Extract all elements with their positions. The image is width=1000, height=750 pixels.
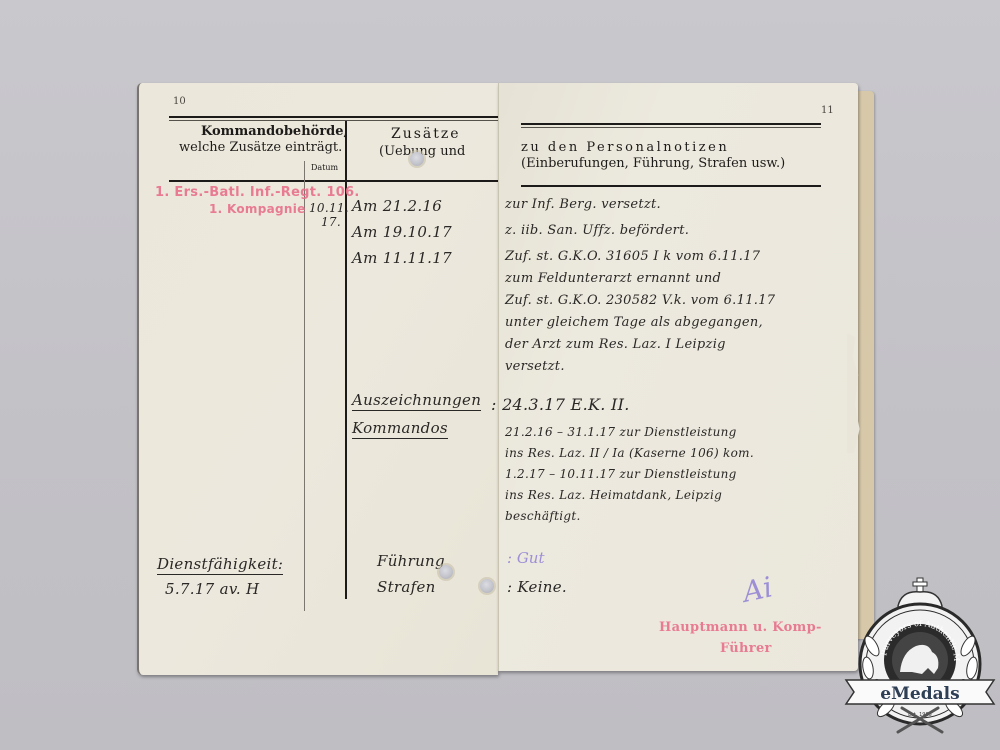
- note-line-7: der Arzt zum Res. Laz. I Leipzig: [505, 337, 726, 352]
- label-conduct: Führung: [377, 552, 445, 570]
- note-line-4: zum Feldunterarzt ernannt und: [505, 271, 721, 286]
- medal-emblem-icon: Purveyors of Authentic Militaria eMedals…: [842, 576, 998, 736]
- officer-stamp-line2: Führer: [720, 641, 772, 656]
- note-line-3: Zuf. st. G.K.O. 31605 I k vom 6.11.17: [505, 249, 760, 264]
- punch-hole: [480, 579, 494, 593]
- entry-date-2: Am 19.10.17: [352, 223, 452, 241]
- entry-date-3: Am 11.11.17: [352, 249, 452, 267]
- note-line-1: zur Inf. Berg. versetzt.: [505, 197, 661, 212]
- note-line-6: unter gleichem Tage als abgegangen,: [505, 315, 763, 330]
- note-line-5: Zuf. st. G.K.O. 230582 V.k. vom 6.11.17: [505, 293, 775, 308]
- command-line-1: 21.2.16 – 31.1.17 zur Dienstleistung: [505, 425, 737, 439]
- header-additions-title: Zusätze: [391, 127, 461, 142]
- right-header-line1: zu den Personalnotizen: [521, 141, 729, 155]
- page-number-right: 11: [821, 105, 834, 116]
- punch-hole: [439, 565, 453, 579]
- note-line-8: versetzt.: [505, 359, 565, 374]
- header-bottom-rule: [169, 180, 501, 182]
- command-line-4: ins Res. Laz. Heimatdank, Leipzig: [505, 488, 722, 502]
- date-column-divider: [304, 161, 305, 611]
- officer-signature: Ai: [740, 570, 775, 608]
- svg-text:eMedals: eMedals: [880, 684, 959, 704]
- right-header-line2: (Einberufungen, Führung, Strafen usw.): [521, 157, 785, 171]
- command-line-5: beschäftigt.: [505, 509, 581, 523]
- awards-value: : 24.3.17 E.K. II.: [491, 395, 630, 414]
- punishments-value: : Keine.: [507, 578, 567, 596]
- page-number-left: 10: [173, 96, 186, 107]
- command-line-3: 1.2.17 – 10.11.17 zur Dienstleistung: [505, 467, 737, 481]
- header-top-rule-thin: [169, 120, 501, 121]
- conduct-value: : Gut: [507, 549, 545, 567]
- note-line-2: z. iib. San. Uffz. befördert.: [505, 223, 689, 238]
- label-fitness: Dienstfähigkeit:: [157, 555, 283, 575]
- military-pass-booklet: 10 Kommandobehörde, welche Zusätze eintr…: [137, 83, 865, 675]
- header-command-subtitle: welche Zusätze einträgt.: [179, 141, 342, 155]
- right-header-top-rule-thin: [521, 127, 821, 128]
- right-header-top-rule: [521, 123, 821, 125]
- stamp-date-line1: 10.11.: [309, 201, 349, 215]
- officer-stamp-line1: Hauptmann u. Komp-: [659, 620, 822, 635]
- label-punishments: Strafen: [377, 578, 436, 596]
- regiment-stamp-line2: 1. Kompagnie: [209, 202, 306, 216]
- entry-date-1: Am 21.2.16: [352, 197, 442, 215]
- header-command-title: Kommandobehörde,: [201, 125, 348, 139]
- stamp-date-line2: 17.: [321, 215, 341, 229]
- punch-hole: [410, 152, 424, 166]
- left-page: 10 Kommandobehörde, welche Zusätze eintr…: [137, 83, 498, 675]
- header-date-label: Datum: [311, 164, 338, 173]
- header-top-rule: [169, 116, 501, 118]
- regiment-stamp-line1: 1. Ers.-Batl. Inf.-Regt. 106.: [155, 185, 360, 200]
- right-page: 11 zu den Personalnotizen (Einberufungen…: [498, 83, 858, 671]
- command-line-2: ins Res. Laz. II / Ia (Kaserne 106) kom.: [505, 446, 754, 460]
- emedals-logo-watermark: Purveyors of Authentic Militaria eMedals…: [842, 576, 998, 736]
- label-commands: Kommandos: [352, 419, 448, 439]
- right-header-bottom-rule: [521, 185, 821, 187]
- label-awards: Auszeichnungen: [352, 391, 481, 411]
- fitness-value: 5.7.17 av. H: [165, 580, 259, 598]
